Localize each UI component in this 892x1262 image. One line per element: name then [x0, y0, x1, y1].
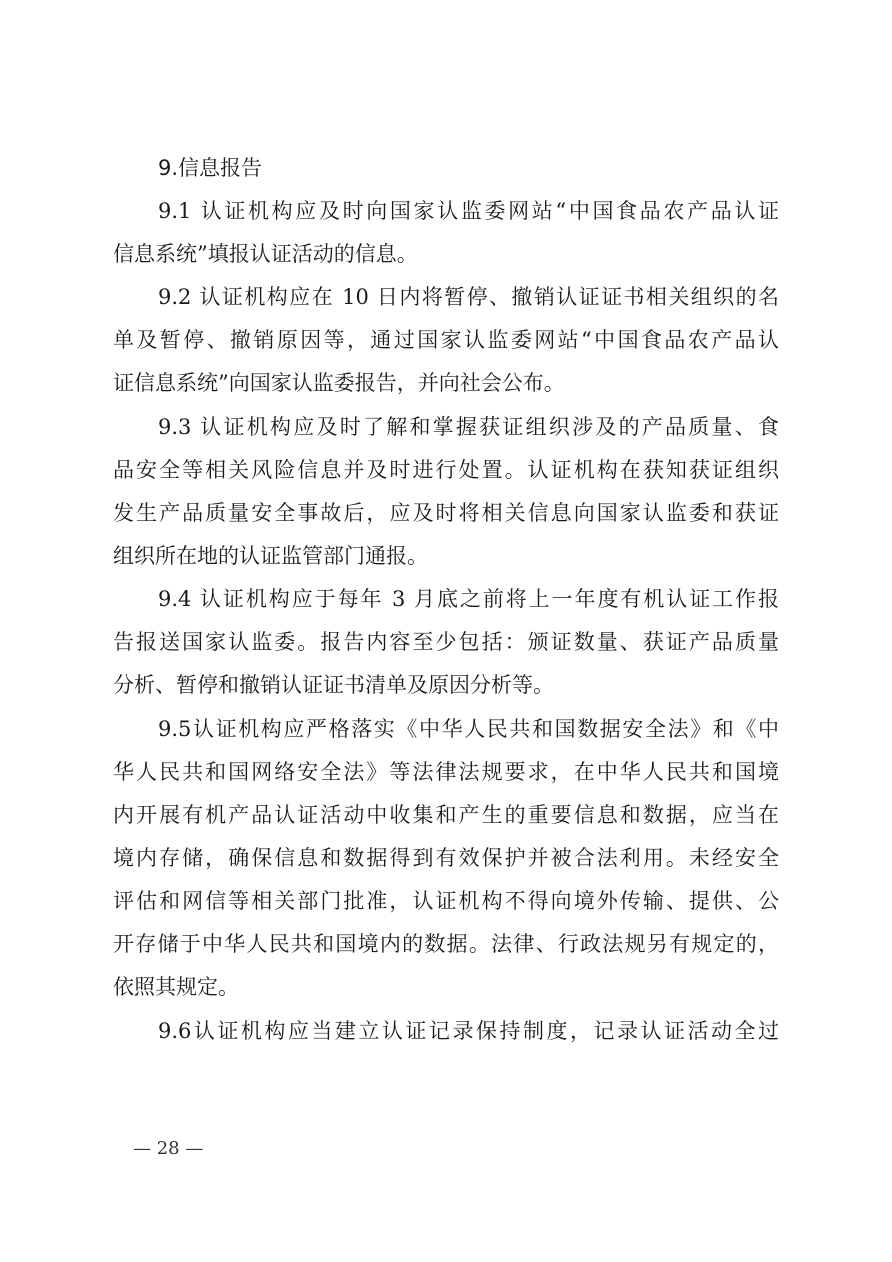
paragraph-9-4-line-1: 9.4 认证机构应于每年 3 月底之前将上一年度有机认证工作报	[158, 584, 779, 614]
paragraph-9-1-line-2: 信息系统”填报认证活动的信息。	[113, 239, 779, 269]
paragraph-9-4-line-3: 分析、暂停和撤销认证证书清单及原因分析等。	[113, 670, 779, 700]
paragraph-9-3-line-3: 发生产品质量安全事故后，应及时将相关信息向国家认监委和获证	[113, 498, 779, 528]
paragraph-9-6-line-1: 9.6认证机构应当建立认证记录保持制度，记录认证活动全过	[158, 1016, 779, 1046]
section-heading: 9.信息报告	[158, 153, 779, 183]
paragraph-9-5-line-3: 内开展有机产品认证活动中收集和产生的重要信息和数据，应当在	[113, 800, 779, 830]
paragraph-9-5-line-4: 境内存储，确保信息和数据得到有效保护并被合法利用。未经安全	[113, 843, 779, 873]
page-number: — 28 —	[133, 1137, 203, 1161]
paragraph-9-5-line-7: 依照其规定。	[113, 972, 779, 1002]
paragraph-9-3-line-1: 9.3 认证机构应及时了解和掌握获证组织涉及的产品质量、食	[158, 412, 779, 442]
paragraph-9-2-line-1: 9.2 认证机构应在 10 日内将暂停、撤销认证证书相关组织的名	[158, 282, 779, 312]
paragraph-9-5-line-2: 华人民共和国网络安全法》等法律法规要求，在中华人民共和国境	[113, 757, 779, 787]
paragraph-9-2-line-2: 单及暂停、撤销原因等，通过国家认监委网站“中国食品农产品认	[113, 325, 779, 355]
paragraph-9-3-line-4: 组织所在地的认证监管部门通报。	[113, 541, 779, 571]
paragraph-9-3-line-2: 品安全等相关风险信息并及时进行处置。认证机构在获知获证组织	[113, 455, 779, 485]
paragraph-9-5-line-5: 评估和网信等相关部门批准，认证机构不得向境外传输、提供、公	[113, 886, 779, 916]
paragraph-9-4-line-2: 告报送国家认监委。报告内容至少包括：颁证数量、获证产品质量	[113, 627, 779, 657]
paragraph-9-1-line-1: 9.1 认证机构应及时向国家认监委网站“中国食品农产品认证	[158, 196, 779, 226]
paragraph-9-5-line-1: 9.5认证机构应严格落实《中华人民共和国数据安全法》和《中	[158, 714, 779, 744]
paragraph-9-5-line-6: 开存储于中华人民共和国境内的数据。法律、行政法规另有规定的，	[113, 929, 779, 959]
document-page: 9.信息报告 9.1 认证机构应及时向国家认监委网站“中国食品农产品认证 信息系…	[0, 0, 892, 1262]
paragraph-9-2-line-3: 证信息系统”向国家认监委报告，并向社会公布。	[113, 368, 779, 398]
